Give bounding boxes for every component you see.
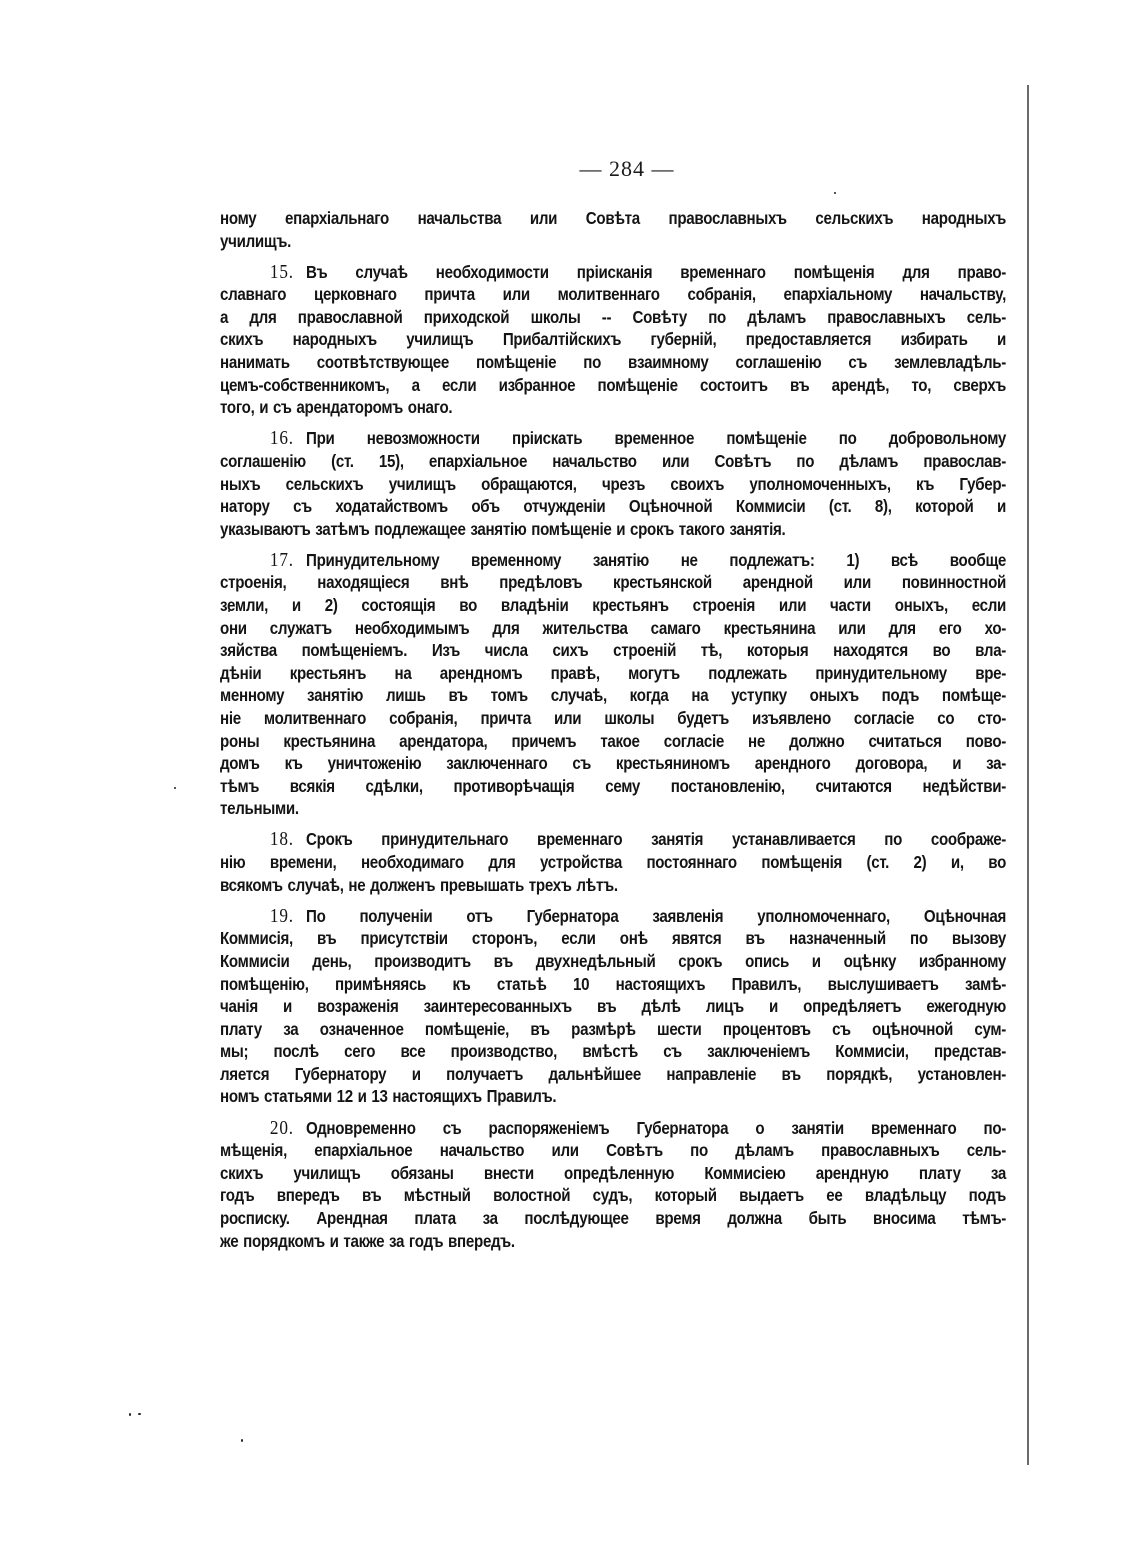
text-line: нанимать соотвѣтствующее помѣщеніе по вз…: [220, 351, 1006, 374]
document-page: — 284 — ному епархіальнаго начальства ил…: [0, 0, 1140, 1562]
text-line: домъ къ уничтоженію заключеннаго съ крес…: [220, 752, 1006, 775]
text-line: они служатъ необходимымъ для жительства …: [220, 617, 1006, 640]
text-line: Срокъ принудительнаго временнаго занятія…: [306, 829, 1006, 849]
scan-speck: [450, 1222, 451, 1225]
text-line: росписку. Арендная плата за послѣдующее …: [220, 1207, 1006, 1230]
article-number: 15.: [270, 261, 294, 284]
page-edge-rule: [1027, 85, 1029, 1465]
body-text: ному епархіальнаго начальства или Совѣта…: [220, 207, 1006, 1261]
paragraph-continuation: ному епархіальнаго начальства или Совѣта…: [220, 207, 1006, 252]
text-line: ному епархіальнаго начальства или Совѣта…: [220, 207, 1006, 230]
article-20: 20.Одновременно съ распоряженіемъ Губерн…: [220, 1117, 1006, 1253]
article-16: 16.При невозможности пріискать временное…: [220, 427, 1006, 540]
text-line: По полученіи отъ Губернатора заявленія у…: [306, 906, 1006, 926]
text-line: училищъ.: [220, 230, 1006, 253]
article-15: 15.Въ случаѣ необходимости пріисканія вр…: [220, 261, 1006, 419]
text-line: Въ случаѣ необходимости пріисканія време…: [306, 262, 1006, 282]
text-line: а для православной приходской школы -- С…: [220, 306, 1006, 329]
text-line: номъ статьями 12 и 13 настоящихъ Правилъ…: [220, 1085, 1006, 1108]
text-line: Коммисія, въ присутствіи сторонъ, если о…: [220, 927, 1006, 950]
scan-speck: [138, 1413, 141, 1415]
text-line: При невозможности пріискать временное по…: [306, 428, 1006, 448]
scan-speck: [228, 610, 230, 612]
text-line: годъ впередъ въ мѣстный волостной судъ, …: [220, 1184, 1006, 1207]
text-line: строенія, находящіеся внѣ предѣловъ крес…: [220, 571, 1006, 594]
text-line: дѣніи крестьянъ на арендномъ правѣ, могу…: [220, 662, 1006, 685]
article-number: 20.: [270, 1117, 294, 1140]
text-line: всякомъ случаѣ, не долженъ превышать тре…: [220, 874, 1006, 897]
text-line: натору съ ходатайствомъ объ отчужденіи О…: [220, 495, 1006, 518]
scan-speck: [834, 192, 836, 194]
text-line: плату за означенное помѣщеніе, въ размѣр…: [220, 1018, 1006, 1041]
article-number: 17.: [270, 549, 294, 572]
text-line: мѣщенія, епархіальное начальство или Сов…: [220, 1139, 1006, 1162]
text-line: роны крестьянина арендатора, причемъ так…: [220, 730, 1006, 753]
text-line: Одновременно съ распоряженіемъ Губернато…: [306, 1118, 1006, 1138]
text-line: Коммисіи день, производитъ въ двухнедѣль…: [220, 950, 1006, 973]
scan-speck: [174, 787, 176, 789]
text-line: мы; послѣ сего все производство, вмѣстѣ …: [220, 1040, 1006, 1063]
text-line: чанія и возраженія заинтересованныхъ въ …: [220, 995, 1006, 1018]
article-19: 19.По полученіи отъ Губернатора заявлені…: [220, 905, 1006, 1108]
article-17: 17.Принудительному временному занятію не…: [220, 549, 1006, 820]
text-line: славнаго церковнаго причта или молитвенн…: [220, 283, 1006, 306]
text-line: соглашенію (ст. 15), епархіальное началь…: [220, 450, 1006, 473]
article-number: 19.: [270, 905, 294, 928]
text-line: ныхъ сельскихъ училищъ обращаются, чрезъ…: [220, 473, 1006, 496]
text-line: тельными.: [220, 797, 1006, 820]
text-line: Принудительному временному занятію не по…: [306, 550, 1006, 570]
text-line: того, и съ арендаторомъ онаго.: [220, 396, 1006, 419]
text-line: указываютъ затѣмъ подлежащее занятію пом…: [220, 518, 1006, 541]
text-line: же порядкомъ и также за годъ впередъ.: [220, 1230, 1006, 1253]
page-number: — 284 —: [560, 156, 694, 182]
text-line: скихъ народныхъ училищъ Прибалтійскихъ г…: [220, 328, 1006, 351]
text-line: помѣщенію, примѣняясь къ статьѣ 10 насто…: [220, 973, 1006, 996]
text-line: скихъ училищъ обязаны внести опредѣленну…: [220, 1162, 1006, 1185]
article-number: 18.: [270, 828, 294, 851]
article-18: 18.Срокъ принудительнаго временнаго заня…: [220, 828, 1006, 896]
text-line: ляется Губернатору и получаетъ дальнѣйше…: [220, 1063, 1006, 1086]
text-line: ніе молитвеннаго собранія, причта или шк…: [220, 707, 1006, 730]
text-line: нію времени, необходимаго для устройства…: [220, 851, 1006, 874]
text-line: менному занятію лишь въ томъ случаѣ, ког…: [220, 684, 1006, 707]
text-line: цемъ-собственникомъ, а если избранное по…: [220, 374, 1006, 397]
text-line: тѣмъ всякія сдѣлки, противорѣчащія сему …: [220, 775, 1006, 798]
text-line: зяйства помѣщеніемъ. Изъ числа сихъ стро…: [220, 639, 1006, 662]
text-line: земли, и 2) состоящія во владѣніи кресть…: [220, 594, 1006, 617]
article-number: 16.: [270, 427, 294, 450]
scan-speck: [129, 1413, 131, 1416]
scan-speck: [241, 1439, 243, 1442]
